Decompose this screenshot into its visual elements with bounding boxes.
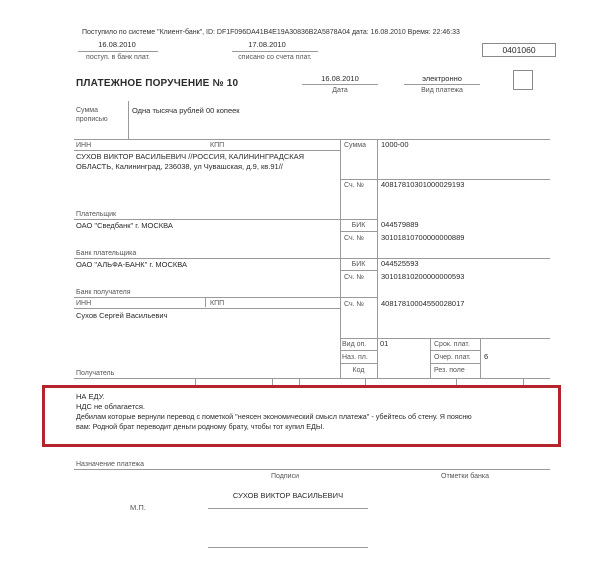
divider	[340, 297, 377, 298]
payer-name-1: СУХОВ ВИКТОР ВАСИЛЬЕВИЧ //РОССИЯ, КАЛИНИ…	[76, 152, 304, 162]
payer-inn-label: ИНН	[76, 141, 91, 150]
purpose-line-4: вам: Родной брат переводит деньги родном…	[76, 422, 324, 432]
order-date-label: Дата	[302, 86, 378, 95]
payer-name-2: ОБЛАСТЬ, Калининград, 236038, ул Чувашск…	[76, 162, 283, 172]
stamp-label: М.П.	[130, 503, 146, 512]
divider	[74, 297, 340, 298]
received-line: Поступило по системе "Клиент-банк", ID: …	[82, 28, 460, 37]
page-title: ПЛАТЕЖНОЕ ПОРУЧЕНИЕ № 10	[76, 78, 238, 89]
payer-account-value: 40817810301000029193	[381, 180, 464, 190]
amount-words-label-1: Сумма	[76, 106, 98, 115]
divider	[74, 378, 550, 379]
purpose-code-label: Наз. пл.	[342, 353, 368, 362]
sum-value: 1000-00	[381, 140, 409, 150]
op-type-label: Вид оп.	[342, 340, 366, 349]
recipient-name: Сухов Сергей Васильевич	[76, 311, 168, 321]
payer-bank-account-value: 30101810700000000889	[381, 233, 464, 243]
purpose-line-1: НА ЕДУ.	[76, 392, 105, 402]
recipient-bank-name: ОАО "АЛЬФА-БАНК" г. МОСКВА	[76, 260, 187, 270]
recipient-inn-label: ИНН	[76, 299, 91, 308]
recipient-kpp-label: КПП	[210, 299, 224, 308]
purpose-line-3: Дебилам которые вернули перевод с пометк…	[76, 412, 472, 422]
purpose-line-2: НДС не облагается.	[76, 402, 145, 412]
signer-name: СУХОВ ВИКТОР ВАСИЛЬЕВИЧ	[208, 491, 368, 501]
divider	[430, 338, 431, 379]
recipient-account-label: Сч. №	[344, 300, 364, 309]
recipient-bank-account-label: Сч. №	[344, 273, 364, 282]
payer-bank-name: ОАО "Сведбанк" г. МОСКВА	[76, 221, 173, 231]
code-label: Код	[340, 366, 377, 375]
payer-bank-account-label: Сч. №	[344, 234, 364, 243]
form-code: 0401060	[483, 44, 555, 56]
form-code-box: 0401060	[482, 43, 556, 57]
signature-line	[208, 508, 368, 509]
bank-marks-label: Отметки банка	[420, 472, 510, 481]
status-checkbox	[513, 70, 533, 90]
debited-label: списано со счета плат.	[232, 53, 318, 62]
divider	[74, 258, 550, 259]
divider	[232, 51, 318, 52]
divider	[480, 338, 481, 379]
recipient-section-label: Получатель	[76, 369, 114, 378]
recipient-bank-section-label: Банк получателя	[76, 288, 131, 297]
divider	[404, 84, 480, 85]
divider	[340, 338, 550, 339]
divider	[78, 51, 158, 52]
divider	[340, 270, 377, 271]
payer-account-label: Сч. №	[344, 181, 364, 190]
payment-type-label: Вид платежа	[404, 86, 480, 95]
divider	[74, 308, 340, 309]
op-type-value: 01	[380, 339, 388, 349]
amount-words-value: Одна тысяча рублей 00 копеек	[132, 106, 240, 116]
received-label: поступ. в банк плат.	[78, 53, 158, 62]
payer-kpp-label: КПП	[210, 141, 224, 150]
payer-bank-bik-value: 044579889	[381, 220, 419, 230]
divider	[340, 350, 377, 351]
divider	[74, 139, 550, 140]
payer-bank-bik-label: БИК	[340, 221, 377, 230]
recipient-bank-bik-value: 044525593	[381, 259, 419, 269]
signature-line	[208, 547, 368, 548]
divider	[128, 101, 129, 139]
received-date: 16.08.2010	[82, 40, 152, 50]
divider	[74, 219, 377, 220]
sum-label: Сумма	[344, 141, 366, 150]
divider	[340, 363, 377, 364]
divider	[302, 84, 378, 85]
recipient-account-value: 40817810004550028017	[381, 299, 464, 309]
divider	[377, 139, 378, 379]
payer-bank-section-label: Банк плательщика	[76, 249, 136, 258]
divider	[205, 297, 206, 307]
purpose-label: Назначение платежа	[76, 460, 144, 469]
divider	[430, 350, 480, 351]
divider	[74, 150, 340, 151]
signatures-label: Подписи	[240, 472, 330, 481]
priority-value: 6	[484, 352, 488, 362]
term-label: Срок. плат.	[434, 340, 470, 349]
divider	[340, 231, 377, 232]
recipient-bank-account-value: 30101810200000000593	[381, 272, 464, 282]
priority-label: Очер. плат.	[434, 353, 471, 362]
divider	[430, 363, 480, 364]
debited-date: 17.08.2010	[232, 40, 302, 50]
divider	[340, 139, 341, 379]
recipient-bank-bik-label: БИК	[340, 260, 377, 269]
payment-type: электронно	[404, 74, 480, 84]
amount-words-label-2: прописью	[76, 115, 108, 124]
payer-section-label: Плательщик	[76, 210, 116, 219]
order-date: 16.08.2010	[302, 74, 378, 84]
reserve-label: Рез. поле	[434, 366, 465, 375]
divider	[74, 469, 550, 470]
